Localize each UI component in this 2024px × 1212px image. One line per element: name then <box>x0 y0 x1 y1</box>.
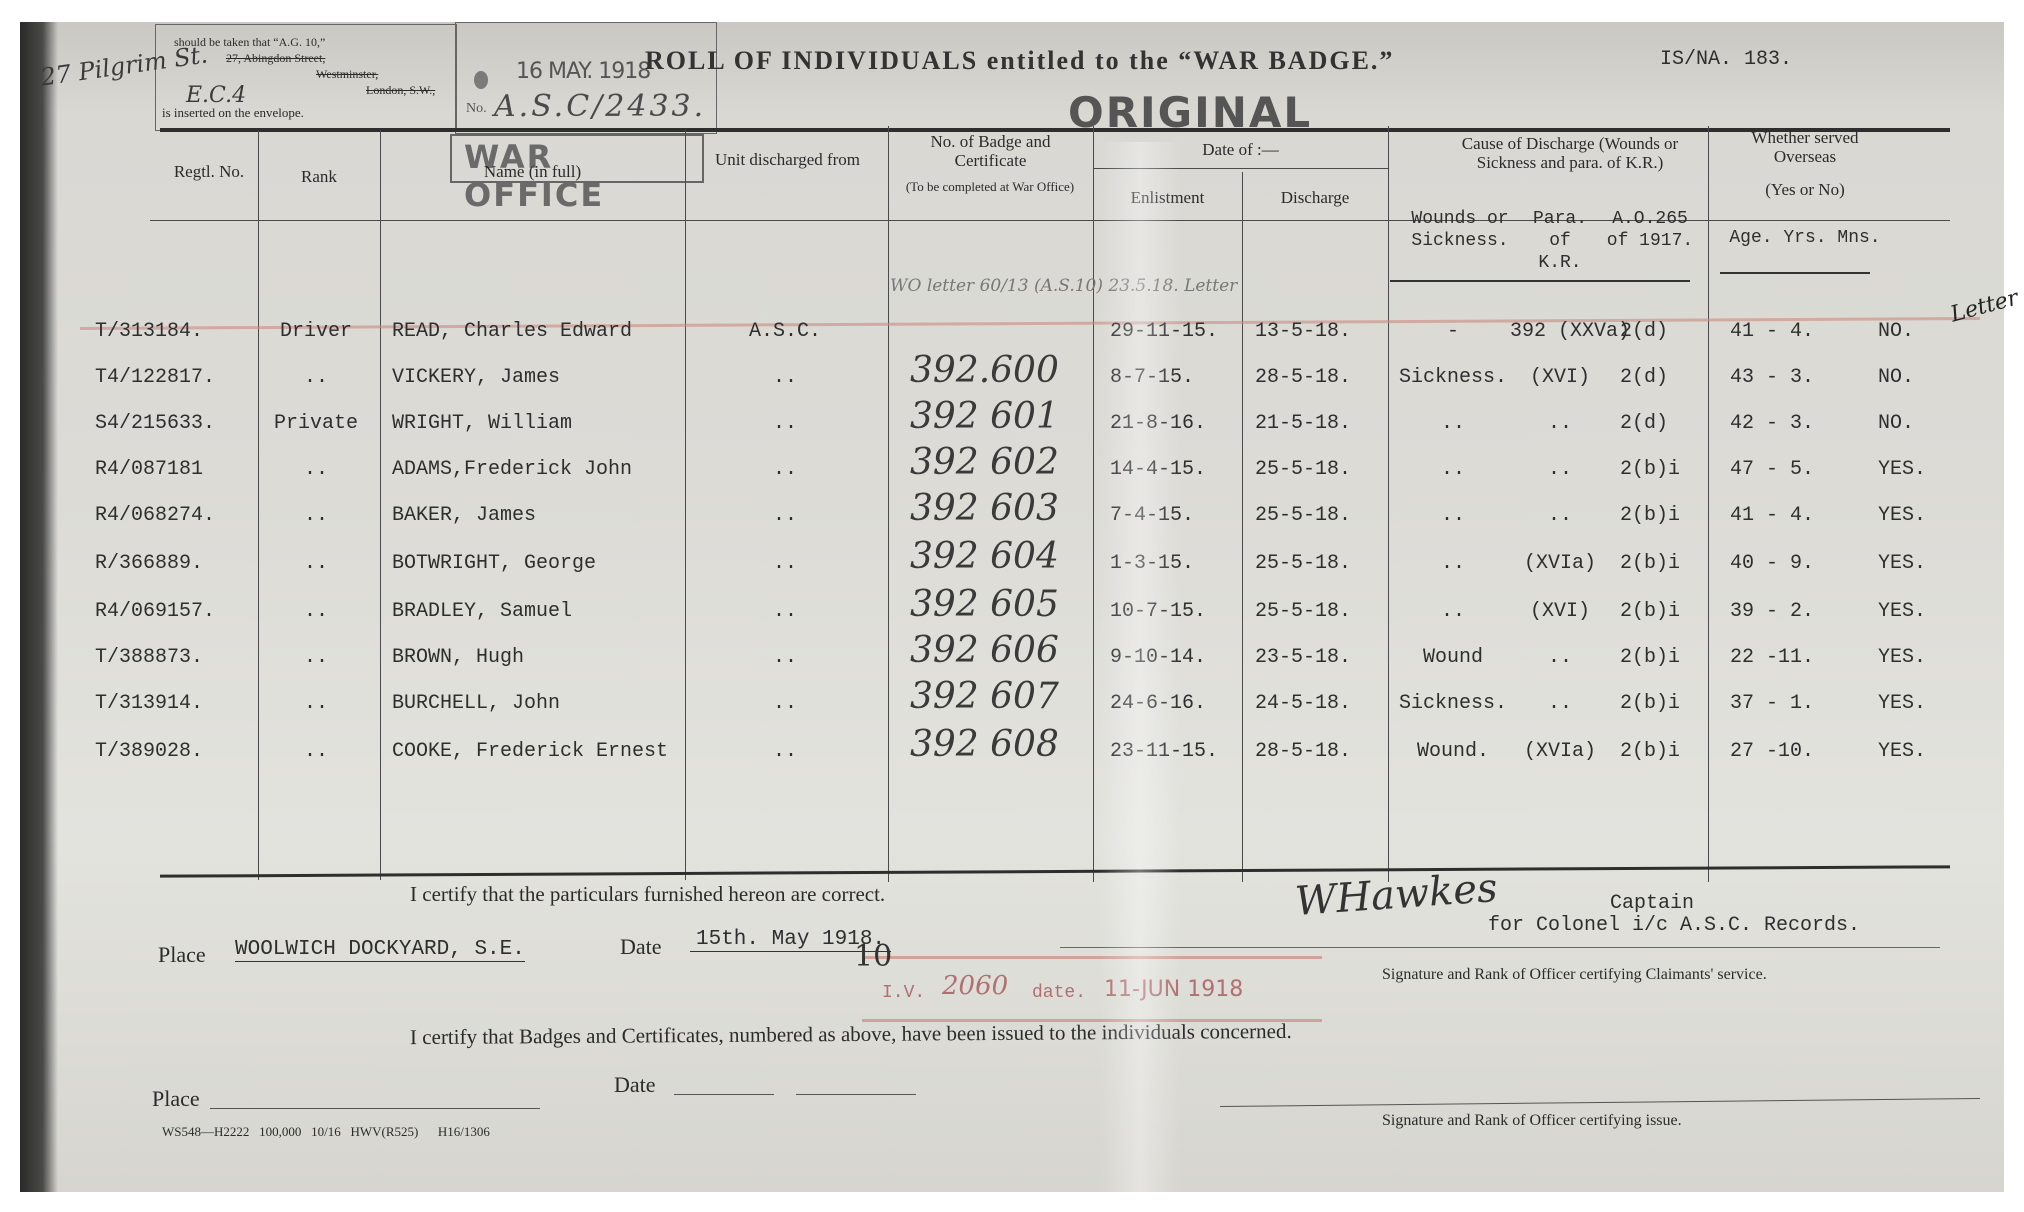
cell-name: VICKERY, James <box>392 366 560 389</box>
cell-overseas: NO. <box>1878 320 1914 343</box>
cell-overseas: YES. <box>1878 552 1926 575</box>
cell-rank: .. <box>268 692 364 715</box>
cell-regtl-no: T/313184. <box>95 320 203 343</box>
cell-unit: .. <box>720 692 850 715</box>
cell-para: (XVIa) <box>1510 552 1610 575</box>
header-discharge: Discharge <box>1242 188 1388 207</box>
subheader-age: Age. Yrs. Mns. <box>1720 227 1890 249</box>
cell-enlistment: 9-10-14. <box>1110 646 1206 669</box>
form-reference: IS/NA. 183. <box>1660 48 1792 71</box>
cell-rank: .. <box>268 504 364 527</box>
cell-unit: .. <box>720 646 850 669</box>
cell-ao: 2(b)i <box>1620 552 1680 575</box>
cell-age: 22 -11. <box>1730 646 1814 669</box>
cell-rank: .. <box>268 366 364 389</box>
place-value: WOOLWICH DOCKYARD, S.E. <box>235 938 525 962</box>
subheader-para: Para. of K.R. <box>1525 208 1595 274</box>
cell-discharge: 25-5-18. <box>1255 458 1351 481</box>
cell-regtl-no: R/366889. <box>95 552 203 575</box>
cell-enlistment: 1-3-15. <box>1110 552 1194 575</box>
date-label: Date <box>620 934 662 960</box>
cell-name: BOTWRIGHT, George <box>392 552 596 575</box>
note-line-4: London, S.W., <box>366 83 435 98</box>
date-stamp: 16 MAY. 1918 <box>516 59 650 84</box>
header-name: Name (in full) <box>380 162 685 181</box>
punch-hole-icon <box>474 71 488 89</box>
header-badge-note: (To be completed at War Office) <box>905 180 1075 194</box>
cell-overseas: NO. <box>1878 366 1914 389</box>
cell-badge: 392 607 <box>910 676 1059 717</box>
cell-badge: 392 601 <box>910 396 1059 437</box>
cell-enlistment: 7-4-15. <box>1110 504 1194 527</box>
cell-regtl-no: R4/069157. <box>95 600 215 623</box>
issue-date-label: Date <box>614 1072 656 1098</box>
cell-enlistment: 21-8-16. <box>1110 412 1206 435</box>
cell-para: .. <box>1510 646 1610 669</box>
officer-signature: WHawkes <box>1294 865 1499 925</box>
cell-overseas: YES. <box>1878 692 1926 715</box>
cell-para: (XVI) <box>1510 600 1610 623</box>
claimants-signature-caption: Signature and Rank of Officer certifying… <box>1382 966 1767 984</box>
cell-rank: .. <box>268 458 364 481</box>
cell-regtl-no: T/389028. <box>95 740 203 763</box>
cell-wounds: - <box>1398 320 1508 343</box>
cell-para: .. <box>1510 504 1610 527</box>
issue-place-label: Place <box>152 1086 200 1112</box>
cell-discharge: 13-5-18. <box>1255 320 1351 343</box>
cell-discharge: 28-5-18. <box>1255 366 1351 389</box>
cell-wounds: .. <box>1398 600 1508 623</box>
document-sheet: should be taken that “A.G. 10,” 27, Abin… <box>20 22 2004 1192</box>
cell-ao: 2(b)i <box>1620 504 1680 527</box>
cell-age: 42 - 3. <box>1730 412 1814 435</box>
cell-age: 40 - 9. <box>1730 552 1814 575</box>
note-line-3: Westminster, <box>316 67 378 82</box>
cell-name: BAKER, James <box>392 504 536 527</box>
cell-discharge: 28-5-18. <box>1255 740 1351 763</box>
cell-discharge: 25-5-18. <box>1255 600 1351 623</box>
issue-statement: I certify that Badges and Certificates, … <box>410 1019 1292 1050</box>
cell-regtl-no: T4/122817. <box>95 366 215 389</box>
cell-enlistment: 10-7-15. <box>1110 600 1206 623</box>
cell-name: BURCHELL, John <box>392 692 560 715</box>
cell-rank: .. <box>268 646 364 669</box>
certify-statement: I certify that the particulars furnished… <box>410 882 885 907</box>
cell-discharge: 23-5-18. <box>1255 646 1351 669</box>
cell-overseas: YES. <box>1878 458 1926 481</box>
cell-overseas: YES. <box>1878 600 1926 623</box>
cell-ao: 2(b)i <box>1620 692 1680 715</box>
cell-age: 37 - 1. <box>1730 692 1814 715</box>
cell-ao: 2(b)i <box>1620 600 1680 623</box>
note-line-2: 27, Abingdon Street, <box>226 51 325 66</box>
cell-regtl-no: R4/087181 <box>95 458 203 481</box>
cell-enlistment: 29-11-15. <box>1110 320 1218 343</box>
cell-regtl-no: R4/068274. <box>95 504 215 527</box>
cell-para: .. <box>1510 692 1610 715</box>
cell-rank: Driver <box>268 320 364 343</box>
officer-rank: Captain <box>1610 892 1694 915</box>
cell-regtl-no: T/388873. <box>95 646 203 669</box>
issue-signature-caption: Signature and Rank of Officer certifying… <box>1382 1112 1682 1130</box>
cell-name: WRIGHT, William <box>392 412 572 435</box>
cell-age: 39 - 2. <box>1730 600 1814 623</box>
cell-rank: .. <box>268 600 364 623</box>
cell-name: COOKE, Frederick Ernest <box>392 740 668 763</box>
cell-ao: 2(d) <box>1620 320 1668 343</box>
place-label: Place <box>158 942 206 968</box>
header-badge: No. of Badge and Certificate <box>898 132 1083 170</box>
header-cause: Cause of Discharge (Wounds or Sickness a… <box>1460 134 1680 172</box>
cell-wounds: Sickness. <box>1398 366 1508 389</box>
file-no-label: No. <box>466 101 487 117</box>
cell-para: (XVI) <box>1510 366 1610 389</box>
cell-wounds: .. <box>1398 552 1508 575</box>
cell-enlistment: 8-7-15. <box>1110 366 1194 389</box>
cell-enlistment: 14-4-15. <box>1110 458 1206 481</box>
cell-unit: .. <box>720 412 850 435</box>
cell-overseas: YES. <box>1878 740 1926 763</box>
header-date-of: Date of :— <box>1093 140 1388 159</box>
header-unit: Unit discharged from <box>700 150 875 169</box>
cell-badge: 392 602 <box>910 442 1059 483</box>
cell-ao: 2(d) <box>1620 412 1668 435</box>
header-rank: Rank <box>258 167 380 186</box>
cell-ao: 2(b)i <box>1620 646 1680 669</box>
cell-badge: 392 604 <box>910 536 1059 577</box>
cell-discharge: 21-5-18. <box>1255 412 1351 435</box>
cell-age: 43 - 3. <box>1730 366 1814 389</box>
cell-rank: Private <box>268 412 364 435</box>
cell-unit: .. <box>720 504 850 527</box>
cell-regtl-no: T/313914. <box>95 692 203 715</box>
cell-overseas: YES. <box>1878 646 1926 669</box>
cell-age: 47 - 5. <box>1730 458 1814 481</box>
cell-rank: .. <box>268 552 364 575</box>
cell-enlistment: 24-6-16. <box>1110 692 1206 715</box>
cell-wounds: Wound. <box>1398 740 1508 763</box>
cell-wounds: .. <box>1398 504 1508 527</box>
header-overseas-note: (Yes or No) <box>1720 180 1890 199</box>
cell-name: ADAMS,Frederick John <box>392 458 632 481</box>
cell-para: .. <box>1510 458 1610 481</box>
cell-name: BRADLEY, Samuel <box>392 600 572 623</box>
cell-wounds: Wound <box>1398 646 1508 669</box>
cell-badge: 392 608 <box>910 724 1059 765</box>
cell-unit: A.S.C. <box>720 320 850 343</box>
cell-unit: .. <box>720 458 850 481</box>
cell-rank: .. <box>268 740 364 763</box>
cell-overseas: NO. <box>1878 412 1914 435</box>
subheader-ao: A.O.265 of 1917. <box>1600 208 1700 252</box>
cell-para: (XVIa) <box>1510 740 1610 763</box>
cell-name: BROWN, Hugh <box>392 646 524 669</box>
cell-ao: 2(d) <box>1620 366 1668 389</box>
cell-ao: 2(b)i <box>1620 458 1680 481</box>
cell-unit: .. <box>720 552 850 575</box>
printer-line: WS548—H2222 100,000 10/16 HWV(R525) H16/… <box>162 1124 490 1140</box>
received-stamp-box: 16 MAY. 1918 No. A.S.C/2433. <box>455 22 717 134</box>
cell-badge: 392 606 <box>910 630 1059 671</box>
handwritten-postcode: E.C.4 <box>186 83 246 108</box>
cell-unit: .. <box>720 740 850 763</box>
cell-wounds: .. <box>1398 458 1508 481</box>
cell-discharge: 25-5-18. <box>1255 552 1351 575</box>
cell-unit: .. <box>720 600 850 623</box>
iv-stamp: 10 I.V. 2060 date. 11-JUN 1918 <box>862 956 1322 1022</box>
cell-age: 27 -10. <box>1730 740 1814 763</box>
cell-para: .. <box>1510 412 1610 435</box>
cell-enlistment: 23-11-15. <box>1110 740 1218 763</box>
cell-name: READ, Charles Edward <box>392 320 632 343</box>
header-regtl-no: Regtl. No. <box>160 162 258 181</box>
red-pencil-line <box>80 317 1980 330</box>
file-no: A.S.C/2433. <box>494 89 706 124</box>
cell-discharge: 25-5-18. <box>1255 504 1351 527</box>
page-title: ROLL OF INDIVIDUALS entitled to the “WAR… <box>645 46 1394 76</box>
subheader-wounds: Wounds or Sickness. <box>1410 208 1510 252</box>
cell-wounds: .. <box>1398 412 1508 435</box>
cell-age: 41 - 4. <box>1730 320 1814 343</box>
cell-overseas: YES. <box>1878 504 1926 527</box>
cell-age: 41 - 4. <box>1730 504 1814 527</box>
cell-unit: .. <box>720 366 850 389</box>
cell-badge: 392.600 <box>910 350 1059 391</box>
cell-ao: 2(b)i <box>1620 740 1680 763</box>
cell-badge: 392 605 <box>910 584 1059 625</box>
cell-regtl-no: S4/215633. <box>95 412 215 435</box>
cell-wounds: Sickness. <box>1398 692 1508 715</box>
cell-badge: 392 603 <box>910 488 1059 529</box>
header-enlistment: Enlistment <box>1093 188 1242 207</box>
header-overseas: Whether served Overseas <box>1720 128 1890 166</box>
margin-note: Letter <box>1948 286 2021 328</box>
first-row-annotation: WO letter 60/13 (A.S.10) 23.5.18. Letter <box>890 276 1237 296</box>
cell-discharge: 24-5-18. <box>1255 692 1351 715</box>
officer-for: for Colonel i/c A.S.C. Records. <box>1488 914 1860 937</box>
cell-para: 392 (XXVa) <box>1510 320 1610 343</box>
